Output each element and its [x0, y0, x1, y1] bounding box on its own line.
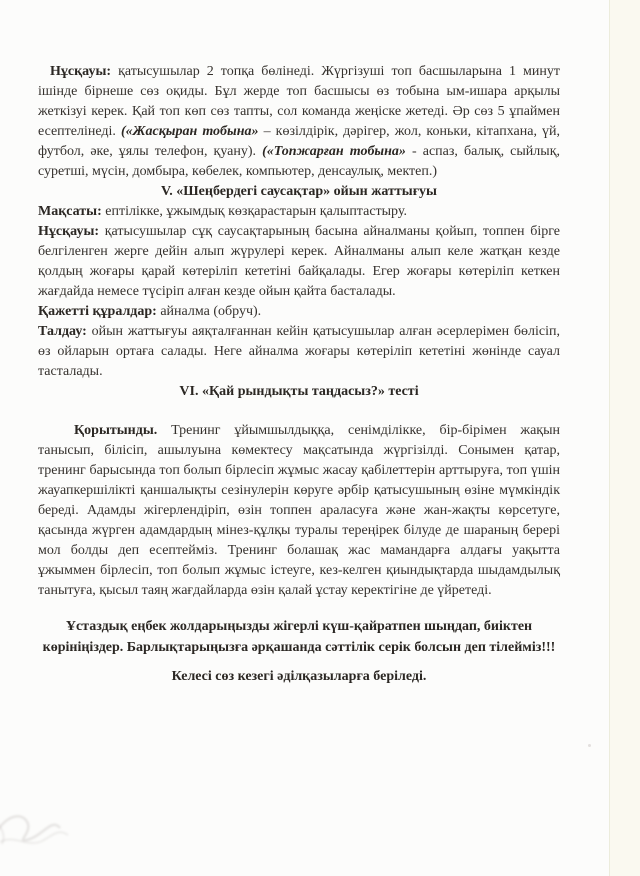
conclusion-label: Қорытынды. — [74, 423, 157, 438]
paragraph-goal: Мақсаты: ептілікке, ұжымдық көзқарастары… — [38, 202, 560, 222]
goal-text: ептілікке, ұжымдық көзқарастарын қалыпта… — [102, 204, 407, 219]
conclusion-text: Тренинг ұйымшылдыққа, сенімділікке, бір-… — [38, 423, 560, 598]
scan-speck — [190, 209, 193, 212]
section-6-heading: VI. «Қай рындықты таңдасыз?» тесті — [38, 382, 560, 402]
team-1-name: («Жасқыран тобына» — [121, 124, 259, 139]
tools-text: айналма (обруч). — [157, 304, 261, 319]
document-content: Нұсқауы: қатысушылар 2 топқа бөлінеді. Ж… — [38, 62, 560, 687]
circle-instructions-label: Нұсқауы: — [38, 224, 99, 239]
paragraph-analysis: Талдау: ойын жаттығуы аяқталғаннан кейін… — [38, 322, 560, 382]
paragraph-word-game-instructions: Нұсқауы: қатысушылар 2 топқа бөлінеді. Ж… — [38, 62, 560, 182]
paragraph-required-tools: Қажетті құралдар: айналма (обруч). — [38, 302, 560, 322]
final-line: Келесі сөз кезегі әділқазыларға беріледі… — [38, 667, 560, 687]
paragraph-circle-game-instructions: Нұсқауы: қатысушылар сұқ саусақтарының б… — [38, 222, 560, 302]
scan-speck — [588, 744, 591, 747]
team-2-name: («Топжарған тобына» — [262, 144, 406, 159]
instructions-label: Нұсқауы: — [50, 64, 111, 79]
closing-wish: Ұстаздық еңбек жолдарыңызды жігерлі күш-… — [38, 616, 560, 658]
analysis-text: ойын жаттығуы аяқталғаннан кейін қатысуш… — [38, 324, 560, 379]
scanned-document-page: Нұсқауы: қатысушылар 2 топқа бөлінеді. Ж… — [0, 0, 640, 876]
circle-instructions-text: қатысушылар сұқ саусақтарының басына айн… — [38, 224, 560, 299]
pencil-smudge-mark — [0, 798, 146, 858]
tools-label: Қажетті құралдар: — [38, 304, 157, 319]
paragraph-conclusion: Қорытынды. Тренинг ұйымшылдыққа, сенімді… — [38, 421, 560, 601]
section-5-heading: V. «Шеңбердегі саусақтар» ойын жаттығуы — [38, 182, 560, 202]
analysis-label: Талдау: — [38, 324, 87, 339]
scan-right-edge-shadow — [609, 0, 640, 876]
goal-label: Мақсаты: — [38, 204, 102, 219]
